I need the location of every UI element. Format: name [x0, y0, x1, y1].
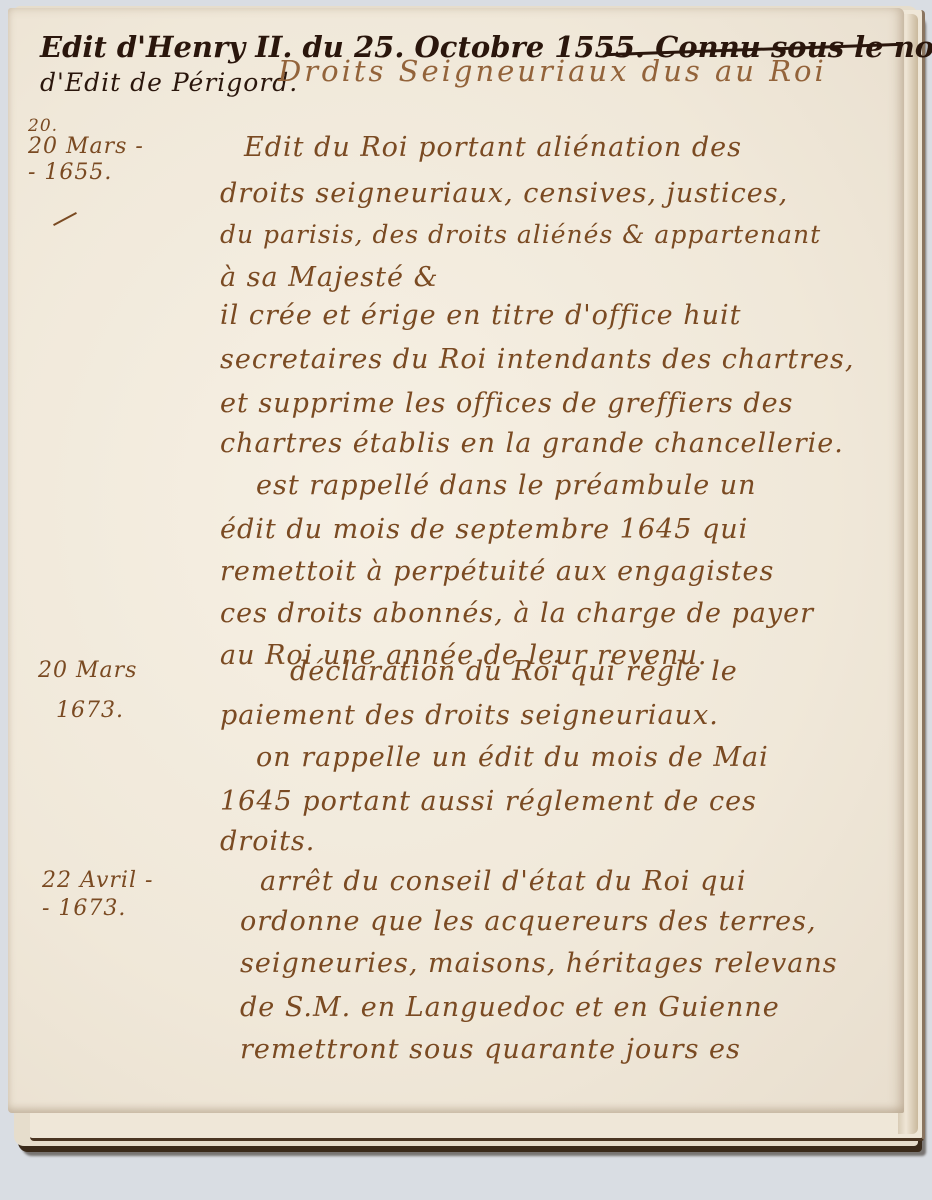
entry2-line2: paiement des droits seigneuriaux.	[220, 700, 719, 731]
page-title: Droits Seigneuriaux dus au Roi	[278, 54, 827, 88]
entry1-line9: est rappellé dans le préambule un	[256, 470, 757, 501]
entry1-line4: à sa Majesté &	[220, 262, 439, 293]
entry2-line4: 1645 portant aussi réglement de ces	[220, 786, 757, 817]
header-edict-subtitle: d'Edit de Périgord.	[40, 68, 298, 97]
margin-date-2a: 20 Mars	[38, 658, 137, 683]
entry2-line3: on rappelle un édit du mois de Mai	[256, 742, 769, 773]
entry1-line5: il crée et érige en titre d'office huit	[220, 300, 741, 331]
entry1-line10: édit du mois de septembre 1645 qui	[220, 514, 748, 545]
entry2-line5: droits.	[220, 826, 315, 857]
entry3-line2: ordonne que les acquereurs des terres,	[240, 906, 817, 937]
margin-date-3a: 22 Avril -	[42, 868, 153, 893]
entry1-line11: remettoit à perpétuité aux engagistes	[220, 556, 774, 587]
entry1-line2: droits seigneuriaux, censives, justices,	[220, 178, 788, 209]
entry2-line1: déclaration du Roi qui règle le	[290, 656, 738, 687]
entry1-line6: secretaires du Roi intendants des chartr…	[220, 344, 855, 375]
entry3-line3: seigneuries, maisons, héritages relevans	[240, 948, 838, 979]
margin-date-3b: - 1673.	[42, 896, 126, 921]
entry1-line1: Edit du Roi portant aliénation des	[244, 132, 742, 163]
entry1-line7: et supprime les offices de greffiers des	[220, 388, 793, 419]
margin-date-1c: - 1655.	[28, 160, 112, 185]
entry1-line3: du parisis, des droits aliénés & apparte…	[220, 220, 821, 249]
entry3-line5: remettront sous quarante jours es	[240, 1034, 741, 1065]
entry3-line1: arrêt du conseil d'état du Roi qui	[260, 866, 746, 897]
margin-date-1b: 20 Mars -	[28, 134, 144, 159]
entry1-line12: ces droits abonnés, à la charge de payer	[220, 598, 814, 629]
entry3-line4: de S.M. en Languedoc et en Guienne	[240, 992, 780, 1023]
entry1-line8: chartres établis en la grande chanceller…	[220, 428, 844, 459]
margin-tick-mark	[53, 212, 77, 226]
margin-date-1a: 20.	[28, 116, 58, 136]
margin-date-2b: 1673.	[56, 698, 124, 723]
manuscript-page: Edit d'Henry II. du 25. Octobre 1555. Co…	[8, 8, 904, 1113]
